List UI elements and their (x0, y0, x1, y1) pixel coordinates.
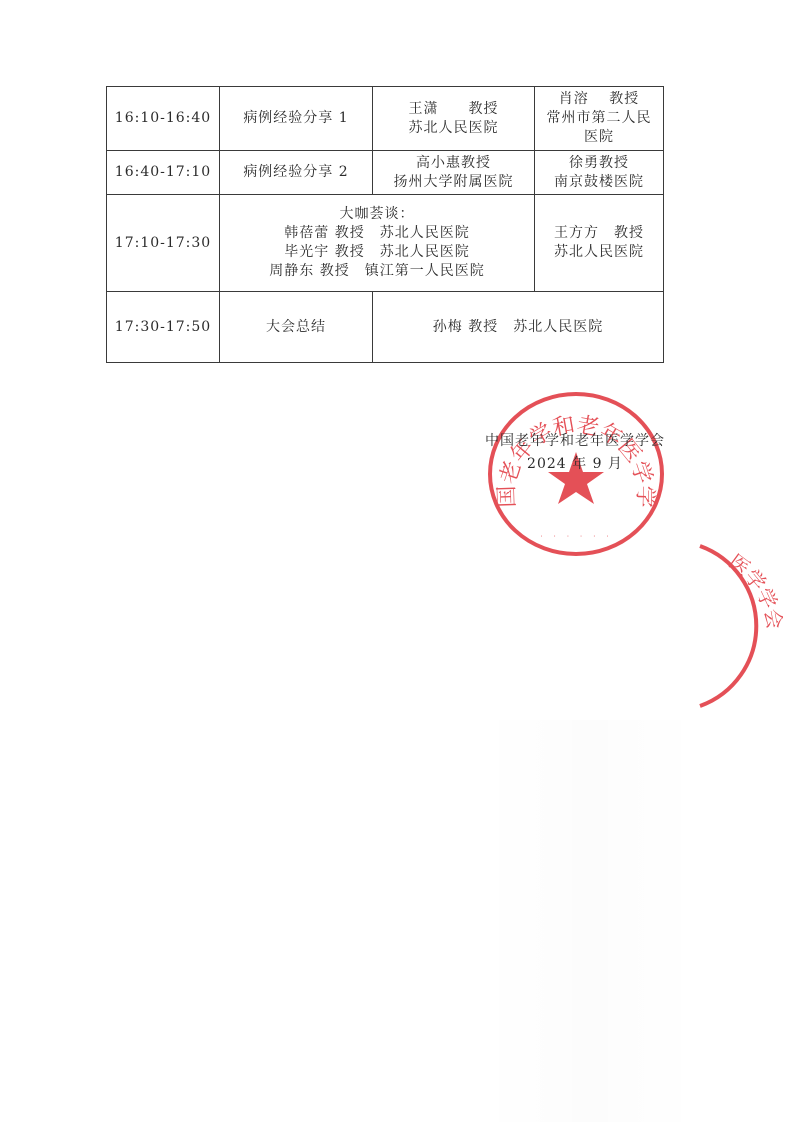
panelist: 毕光宇 教授 苏北人民医院 (224, 243, 530, 262)
page-shadow (480, 720, 700, 1122)
topic-cell: 大会总结 (220, 292, 373, 363)
host-hospital-cont: 医院 (539, 128, 659, 147)
speaker-cell: 孙梅 教授 苏北人民医院 (373, 292, 664, 363)
svg-text:· · · · · ·: · · · · · · (540, 533, 613, 540)
organization-name: 中国老年学和老年医学学会 (470, 430, 680, 453)
host-hospital: 常州市第二人民 (539, 109, 659, 128)
organization-seal-partial: 医学学会 (690, 538, 794, 713)
panelist: 周静东 教授 镇江第一人民医院 (224, 262, 530, 281)
speaker-hospital: 扬州大学附属医院 (377, 173, 530, 192)
topic-cell: 病例经验分享 1 (220, 87, 373, 151)
topic-cell: 病例经验分享 2 (220, 151, 373, 195)
panel-title: 大咖荟谈： (224, 205, 530, 224)
table-row: 17:10-17:30 大咖荟谈： 韩蓓蕾 教授 苏北人民医院 毕光宇 教授 苏… (107, 195, 664, 292)
host-cell: 徐勇教授 南京鼓楼医院 (535, 151, 664, 195)
time-cell: 16:40-17:10 (107, 151, 220, 195)
host-name: 肖溶 教授 (539, 90, 659, 109)
speaker-name: 高小惠教授 (377, 154, 530, 173)
panel-discussion-cell: 大咖荟谈： 韩蓓蕾 教授 苏北人民医院 毕光宇 教授 苏北人民医院 周静东 教授… (220, 195, 535, 292)
table-row: 17:30-17:50 大会总结 孙梅 教授 苏北人民医院 (107, 292, 664, 363)
signature-block: 中国老年学和老年医学学会 2024 年 9 月 (470, 430, 680, 476)
time-cell: 16:10-16:40 (107, 87, 220, 151)
host-hospital: 苏北人民医院 (539, 243, 659, 262)
schedule-table: 16:10-16:40 病例经验分享 1 王潇 教授 苏北人民医院 肖溶 教授 … (106, 86, 664, 363)
table-row: 16:40-17:10 病例经验分享 2 高小惠教授 扬州大学附属医院 徐勇教授… (107, 151, 664, 195)
host-cell: 肖溶 教授 常州市第二人民 医院 (535, 87, 664, 151)
time-cell: 17:30-17:50 (107, 292, 220, 363)
speaker-hospital: 苏北人民医院 (377, 119, 530, 138)
speaker-name: 王潇 教授 (377, 100, 530, 119)
host-name: 徐勇教授 (539, 154, 659, 173)
host-hospital: 南京鼓楼医院 (539, 173, 659, 192)
host-cell: 王方方 教授 苏北人民医院 (535, 195, 664, 292)
panelist: 韩蓓蕾 教授 苏北人民医院 (224, 224, 530, 243)
table-row: 16:10-16:40 病例经验分享 1 王潇 教授 苏北人民医院 肖溶 教授 … (107, 87, 664, 151)
speaker-cell: 王潇 教授 苏北人民医院 (373, 87, 535, 151)
host-name: 王方方 教授 (539, 224, 659, 243)
speaker-cell: 高小惠教授 扬州大学附属医院 (373, 151, 535, 195)
time-cell: 17:10-17:30 (107, 195, 220, 292)
issue-date: 2024 年 9 月 (470, 453, 680, 476)
